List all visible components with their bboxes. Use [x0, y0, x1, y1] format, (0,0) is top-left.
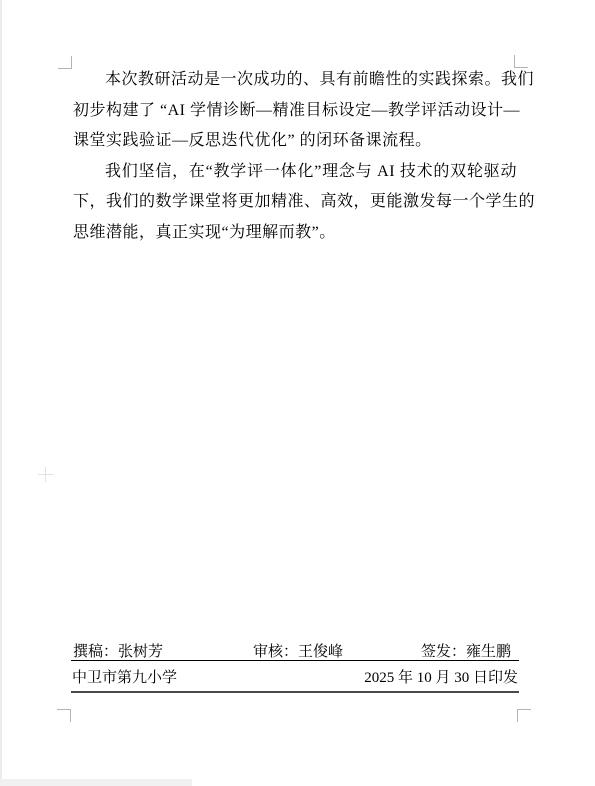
body-text-line: 课堂实践验证—反思迭代优化” 的闭环备课流程。 — [73, 126, 517, 157]
print-date: 2025 年 10 月 30 日印发 — [364, 666, 518, 687]
margin-crop-mark-top-left — [58, 56, 72, 69]
drafter-label: 撰稿：张树芳 — [73, 644, 163, 661]
colophon-signatures-row: 撰稿：张树芳 审核：王俊峰 签发：雍生鹏 — [71, 644, 519, 661]
margin-plus-mark — [38, 467, 53, 482]
body-text-line: 下，我们的数学课堂将更加精准、高效，更能激发每一个学生的 — [73, 187, 517, 218]
page-left-edge — [0, 0, 2, 786]
reviewer-label: 审核：王俊峰 — [253, 644, 343, 661]
plus-mark-vertical — [45, 467, 46, 482]
body-text-line: 初步构建了 “AI 学情诊断—精准目标设定—教学评活动设计— — [73, 96, 517, 127]
issuer-label: 签发：雍生鹏 — [421, 644, 511, 661]
colophon-table: 撰稿：张树芳 审核：王俊峰 签发：雍生鹏 中卫市第九小学 2025 年 10 月… — [71, 644, 519, 693]
colophon-issue-row: 中卫市第九小学 2025 年 10 月 30 日印发 — [71, 661, 519, 693]
document-body: 本次教研活动是一次成功的、具有前瞻性的实践探索。我们 初步构建了 “AI 学情诊… — [73, 65, 517, 248]
margin-crop-mark-bottom-left — [57, 709, 71, 722]
page-bottom-edge — [0, 779, 192, 786]
margin-crop-mark-bottom-right — [517, 709, 531, 722]
organization-name: 中卫市第九小学 — [72, 666, 177, 687]
document-page: { "page": { "background": "#ffffff", "te… — [0, 0, 595, 786]
body-text-line: 本次教研活动是一次成功的、具有前瞻性的实践探索。我们 — [73, 65, 517, 96]
body-text-line: 思维潜能，真正实现“为理解而教”。 — [73, 218, 517, 249]
body-text-line: 我们坚信，在“教学评一体化”理念与 AI 技术的双轮驱动 — [73, 157, 517, 188]
